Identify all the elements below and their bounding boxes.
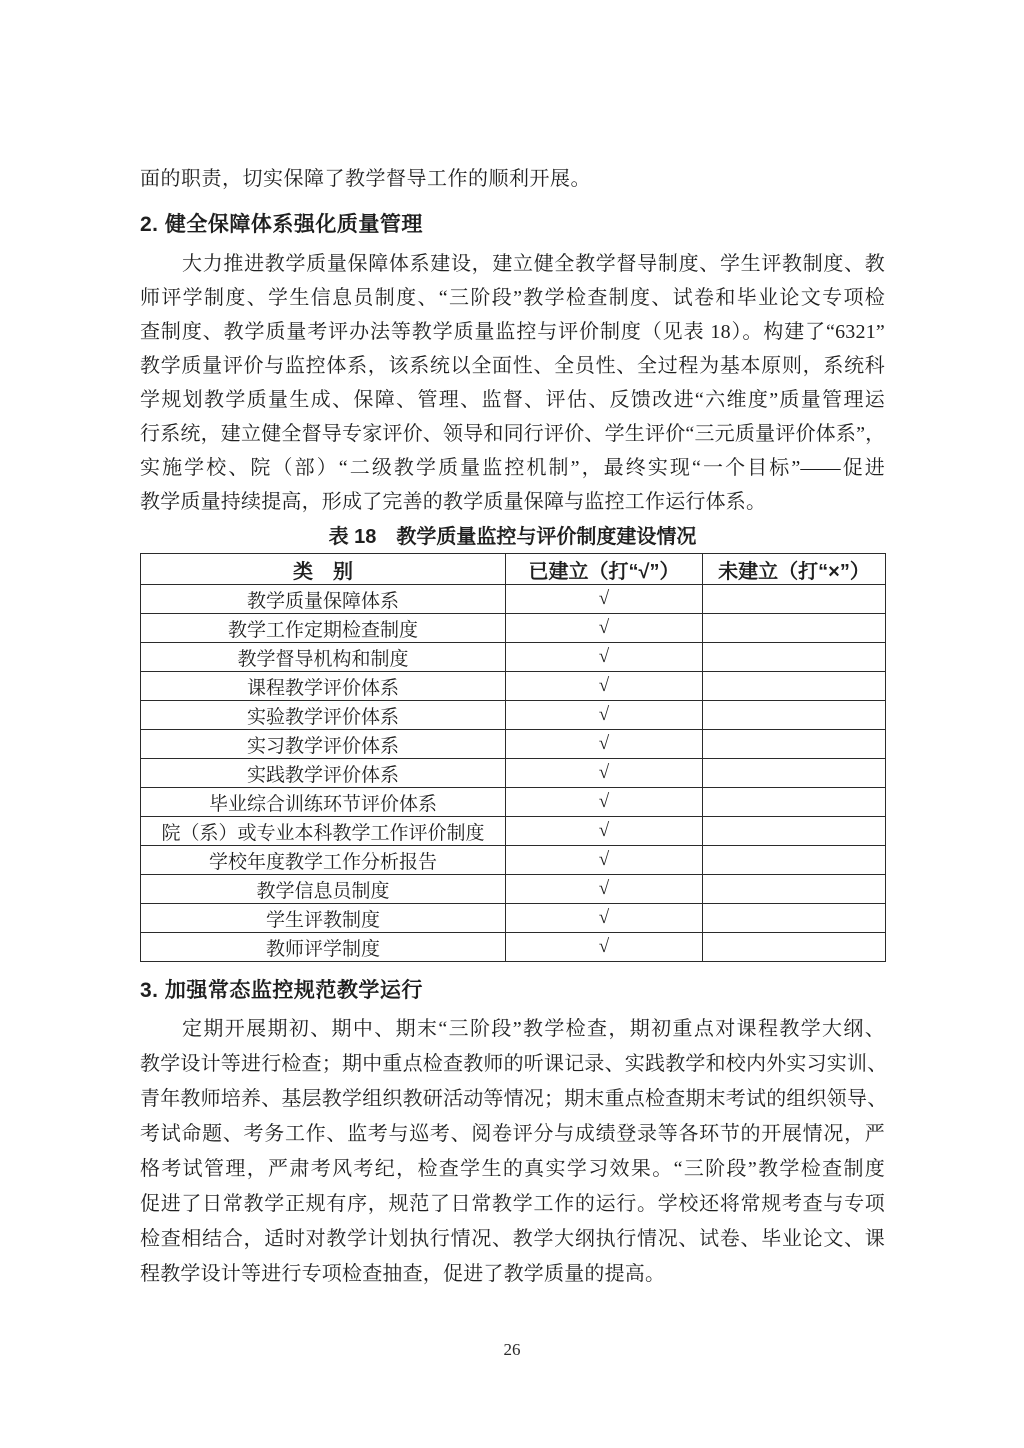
paragraph-line: 查制度、教学质量考评办法等教学质量监控与评价制度（见表 18）。构建了“6321… bbox=[140, 315, 885, 349]
cell-category: 教学质量保障体系 bbox=[141, 585, 506, 614]
cell-not-established bbox=[703, 875, 886, 904]
cell-established: √ bbox=[506, 817, 703, 846]
cell-category: 院（系）或专业本科教学工作评价制度 bbox=[141, 817, 506, 846]
table-row: 院（系）或专业本科教学工作评价制度√ bbox=[141, 817, 886, 846]
cell-not-established bbox=[703, 817, 886, 846]
section3-paragraph: 定期开展期初、期中、期末“三阶段”教学检查，期初重点对课程教学大纲、教学设计等进… bbox=[140, 1012, 885, 1292]
cell-category: 教学工作定期检查制度 bbox=[141, 614, 506, 643]
paragraph-line: 检查相结合，适时对教学计划执行情况、教学大纲执行情况、试卷、毕业论文、课 bbox=[140, 1222, 885, 1257]
cell-category: 教学督导机构和制度 bbox=[141, 643, 506, 672]
table-row: 学校年度教学工作分析报告√ bbox=[141, 846, 886, 875]
table-row: 教学信息员制度√ bbox=[141, 875, 886, 904]
paragraph-line: 实施学校、院（部）“二级教学质量监控机制”，最终实现“一个目标”——促进 bbox=[140, 451, 885, 485]
header-category: 类 别 bbox=[141, 554, 506, 585]
cell-category: 实验教学评价体系 bbox=[141, 701, 506, 730]
table-row: 教学质量保障体系√ bbox=[141, 585, 886, 614]
table-row: 教学工作定期检查制度√ bbox=[141, 614, 886, 643]
intro-paragraph-line: 面的职责，切实保障了教学督导工作的顺利开展。 bbox=[140, 166, 885, 193]
header-established: 已建立（打“√”） bbox=[506, 554, 703, 585]
cell-category: 教师评学制度 bbox=[141, 933, 506, 962]
cell-not-established bbox=[703, 759, 886, 788]
cell-category: 教学信息员制度 bbox=[141, 875, 506, 904]
paragraph-line: 大力推进教学质量保障体系建设，建立健全教学督导制度、学生评教制度、教 bbox=[140, 247, 885, 281]
table-caption: 表 18 教学质量监控与评价制度建设情况 bbox=[140, 524, 885, 550]
page-number: 26 bbox=[0, 1340, 1024, 1360]
cell-established: √ bbox=[506, 672, 703, 701]
section-heading-2: 2. 健全保障体系强化质量管理 bbox=[140, 211, 885, 238]
cell-category: 毕业综合训练环节评价体系 bbox=[141, 788, 506, 817]
paragraph-line: 学规划教学质量生成、保障、管理、监督、评估、反馈改进“六维度”质量管理运 bbox=[140, 383, 885, 417]
table-row: 实验教学评价体系√ bbox=[141, 701, 886, 730]
table-row: 课程教学评价体系√ bbox=[141, 672, 886, 701]
cell-established: √ bbox=[506, 933, 703, 962]
document-page: 面的职责，切实保障了教学督导工作的顺利开展。 2. 健全保障体系强化质量管理 大… bbox=[0, 0, 1024, 1448]
paragraph-line: 教学质量评价与监控体系，该系统以全面性、全员性、全过程为基本原则，系统科 bbox=[140, 349, 885, 383]
paragraph-line: 行系统，建立健全督导专家评价、领导和同行评价、学生评价“三元质量评价体系”， bbox=[140, 417, 885, 451]
paragraph-line: 促进了日常教学正规有序，规范了日常教学工作的运行。学校还将常规考查与专项 bbox=[140, 1187, 885, 1222]
cell-category: 学校年度教学工作分析报告 bbox=[141, 846, 506, 875]
cell-category: 实习教学评价体系 bbox=[141, 730, 506, 759]
table-row: 实习教学评价体系√ bbox=[141, 730, 886, 759]
table-header-row: 类 别 已建立（打“√”） 未建立（打“×”） bbox=[141, 554, 886, 585]
cell-not-established bbox=[703, 730, 886, 759]
table-row: 实践教学评价体系√ bbox=[141, 759, 886, 788]
table-row: 教师评学制度√ bbox=[141, 933, 886, 962]
institution-status-table: 类 别 已建立（打“√”） 未建立（打“×”） 教学质量保障体系√教学工作定期检… bbox=[140, 553, 886, 962]
header-not-established: 未建立（打“×”） bbox=[703, 554, 886, 585]
cell-established: √ bbox=[506, 759, 703, 788]
paragraph-line: 考试命题、考务工作、监考与巡考、阅卷评分与成绩登录等各环节的开展情况，严 bbox=[140, 1117, 885, 1152]
cell-not-established bbox=[703, 643, 886, 672]
paragraph-line: 师评学制度、学生信息员制度、“三阶段”教学检查制度、试卷和毕业论文专项检 bbox=[140, 281, 885, 315]
cell-not-established bbox=[703, 701, 886, 730]
cell-established: √ bbox=[506, 585, 703, 614]
paragraph-line: 教学质量持续提高，形成了完善的教学质量保障与监控工作运行体系。 bbox=[140, 485, 885, 519]
cell-established: √ bbox=[506, 730, 703, 759]
paragraph-line: 定期开展期初、期中、期末“三阶段”教学检查，期初重点对课程教学大纲、 bbox=[140, 1012, 885, 1047]
section-heading-3: 3. 加强常态监控规范教学运行 bbox=[140, 977, 885, 1004]
cell-established: √ bbox=[506, 846, 703, 875]
table-row: 毕业综合训练环节评价体系√ bbox=[141, 788, 886, 817]
cell-not-established bbox=[703, 672, 886, 701]
cell-not-established bbox=[703, 788, 886, 817]
paragraph-line: 青年教师培养、基层教学组织教研活动等情况；期末重点检查期末考试的组织领导、 bbox=[140, 1082, 885, 1117]
cell-established: √ bbox=[506, 701, 703, 730]
cell-not-established bbox=[703, 904, 886, 933]
cell-established: √ bbox=[506, 788, 703, 817]
cell-established: √ bbox=[506, 904, 703, 933]
table-row: 学生评教制度√ bbox=[141, 904, 886, 933]
cell-not-established bbox=[703, 585, 886, 614]
cell-category: 实践教学评价体系 bbox=[141, 759, 506, 788]
cell-established: √ bbox=[506, 614, 703, 643]
cell-not-established bbox=[703, 846, 886, 875]
cell-established: √ bbox=[506, 643, 703, 672]
cell-not-established bbox=[703, 614, 886, 643]
paragraph-line: 格考试管理，严肃考风考纪，检查学生的真实学习效果。“三阶段”教学检查制度 bbox=[140, 1152, 885, 1187]
cell-not-established bbox=[703, 933, 886, 962]
table-row: 教学督导机构和制度√ bbox=[141, 643, 886, 672]
paragraph-line: 教学设计等进行检查；期中重点检查教师的听课记录、实践教学和校内外实习实训、 bbox=[140, 1047, 885, 1082]
paragraph-line: 程教学设计等进行专项检查抽查，促进了教学质量的提高。 bbox=[140, 1257, 885, 1292]
cell-category: 课程教学评价体系 bbox=[141, 672, 506, 701]
cell-category: 学生评教制度 bbox=[141, 904, 506, 933]
section2-paragraph: 大力推进教学质量保障体系建设，建立健全教学督导制度、学生评教制度、教师评学制度、… bbox=[140, 247, 885, 519]
cell-established: √ bbox=[506, 875, 703, 904]
